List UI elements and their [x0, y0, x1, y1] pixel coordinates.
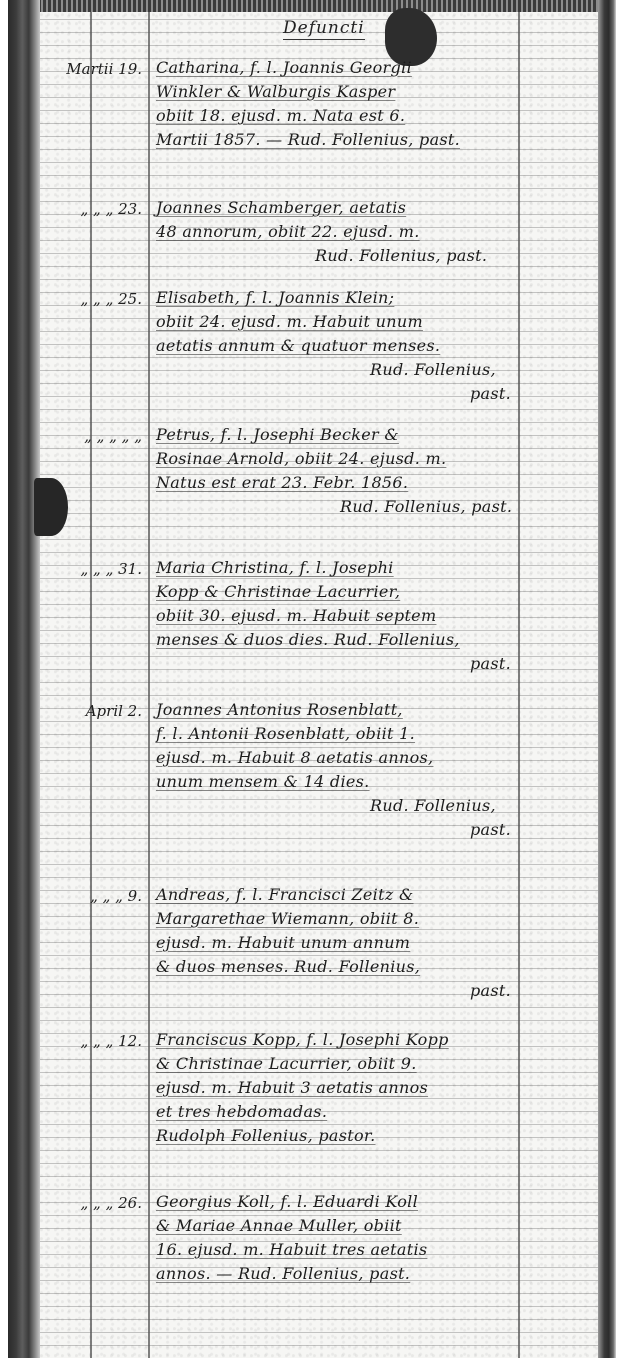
- entry-text-line: obiit 24. ejusd. m. Habuit unum: [156, 312, 423, 331]
- entry-text-line: Rud. Follenius, past.: [340, 497, 512, 516]
- entry-text-line: Franciscus Kopp, f. l. Josephi Kopp: [156, 1030, 449, 1049]
- column-rule-3: [518, 12, 520, 1358]
- entry-text-line: past.: [470, 820, 511, 839]
- entry-text-line: Natus est erat 23. Febr. 1856.: [156, 473, 408, 492]
- scanned-register-page: Defuncti Martii 19.Catharina, f. l. Joan…: [0, 0, 618, 1365]
- entry-text-line: Catharina, f. l. Joannis Georgii: [156, 58, 412, 77]
- entry-text-line: Winkler & Walburgis Kasper: [156, 82, 395, 101]
- entry-text-line: Maria Christina, f. l. Josephi: [156, 558, 394, 577]
- binding-tab-shadow: [34, 478, 68, 536]
- entry-text-line: Margarethae Wiemann, obiit 8.: [156, 909, 419, 928]
- entry-text-line: Martii 1857. — Rud. Follenius, past.: [156, 130, 460, 149]
- entry-text-line: ejusd. m. Habuit unum annum: [156, 933, 410, 952]
- entry-text-line: ejusd. m. Habuit 8 aetatis annos,: [156, 748, 433, 767]
- left-binding-edge: [8, 0, 40, 1358]
- entry-date: „ „ „ 12.: [44, 1032, 142, 1050]
- entry-text-line: 16. ejusd. m. Habuit tres aetatis: [156, 1240, 427, 1259]
- entry-text-line: Joannes Antonius Rosenblatt,: [156, 700, 403, 719]
- entry-date: Martii 19.: [44, 60, 142, 78]
- entry-text-line: Rosinae Arnold, obiit 24. ejusd. m.: [156, 449, 446, 468]
- entry-text-line: aetatis annum & quatuor menses.: [156, 336, 440, 355]
- column-rule-2: [148, 12, 150, 1358]
- entry-text-line: unum mensem & 14 dies.: [156, 772, 370, 791]
- entry-text-line: Rud. Follenius, past.: [315, 246, 487, 265]
- entry-text-line: obiit 18. ejusd. m. Nata est 6.: [156, 106, 405, 125]
- entry-date: „ „ „ 31.: [44, 560, 142, 578]
- entry-text-line: & Christinae Lacurrier, obiit 9.: [156, 1054, 417, 1073]
- entry-text-line: menses & duos dies. Rud. Follenius,: [156, 630, 460, 649]
- entry-text-line: & duos menses. Rud. Follenius,: [156, 957, 420, 976]
- entry-date: „ „ „ 26.: [44, 1194, 142, 1212]
- entry-date: „ „ „ 9.: [44, 887, 142, 905]
- entry-text-line: Rudolph Follenius, pastor.: [156, 1126, 375, 1145]
- entry-text-line: Andreas, f. l. Francisci Zeitz &: [156, 885, 414, 904]
- entry-text-line: f. l. Antonii Rosenblatt, obiit 1.: [156, 724, 415, 743]
- entry-text-line: past.: [470, 981, 511, 1000]
- entry-text-line: & Mariae Annae Muller, obiit: [156, 1216, 402, 1235]
- entry-text-line: Rud. Follenius,: [370, 796, 496, 815]
- entry-text-line: Kopp & Christinae Lacurrier,: [156, 582, 400, 601]
- entry-text-line: past.: [470, 384, 511, 403]
- page-heading: Defuncti: [283, 18, 365, 40]
- entry-text-line: 48 annorum, obiit 22. ejusd. m.: [156, 222, 420, 241]
- entry-text-line: Rud. Follenius,: [370, 360, 496, 379]
- entry-date: „ „ „ 25.: [44, 290, 142, 308]
- entry-text-line: Georgius Koll, f. l. Eduardi Koll: [156, 1192, 418, 1211]
- entry-text-line: et tres hebdomadas.: [156, 1102, 327, 1121]
- top-binding-edge: [8, 0, 616, 12]
- entry-text-line: obiit 30. ejusd. m. Habuit septem: [156, 606, 436, 625]
- entry-date: April 2.: [44, 702, 142, 720]
- entry-text-line: Petrus, f. l. Josephi Becker &: [156, 425, 399, 444]
- entry-date: „ „ „ „ „: [44, 427, 142, 445]
- entry-text-line: annos. — Rud. Follenius, past.: [156, 1264, 410, 1283]
- entry-date: „ „ „ 23.: [44, 200, 142, 218]
- right-binding-edge: [598, 0, 616, 1358]
- entry-text-line: Joannes Schamberger, aetatis: [156, 198, 406, 217]
- entry-text-line: Elisabeth, f. l. Joannis Klein;: [156, 288, 394, 307]
- entry-text-line: ejusd. m. Habuit 3 aetatis annos: [156, 1078, 428, 1097]
- entry-text-line: past.: [470, 654, 511, 673]
